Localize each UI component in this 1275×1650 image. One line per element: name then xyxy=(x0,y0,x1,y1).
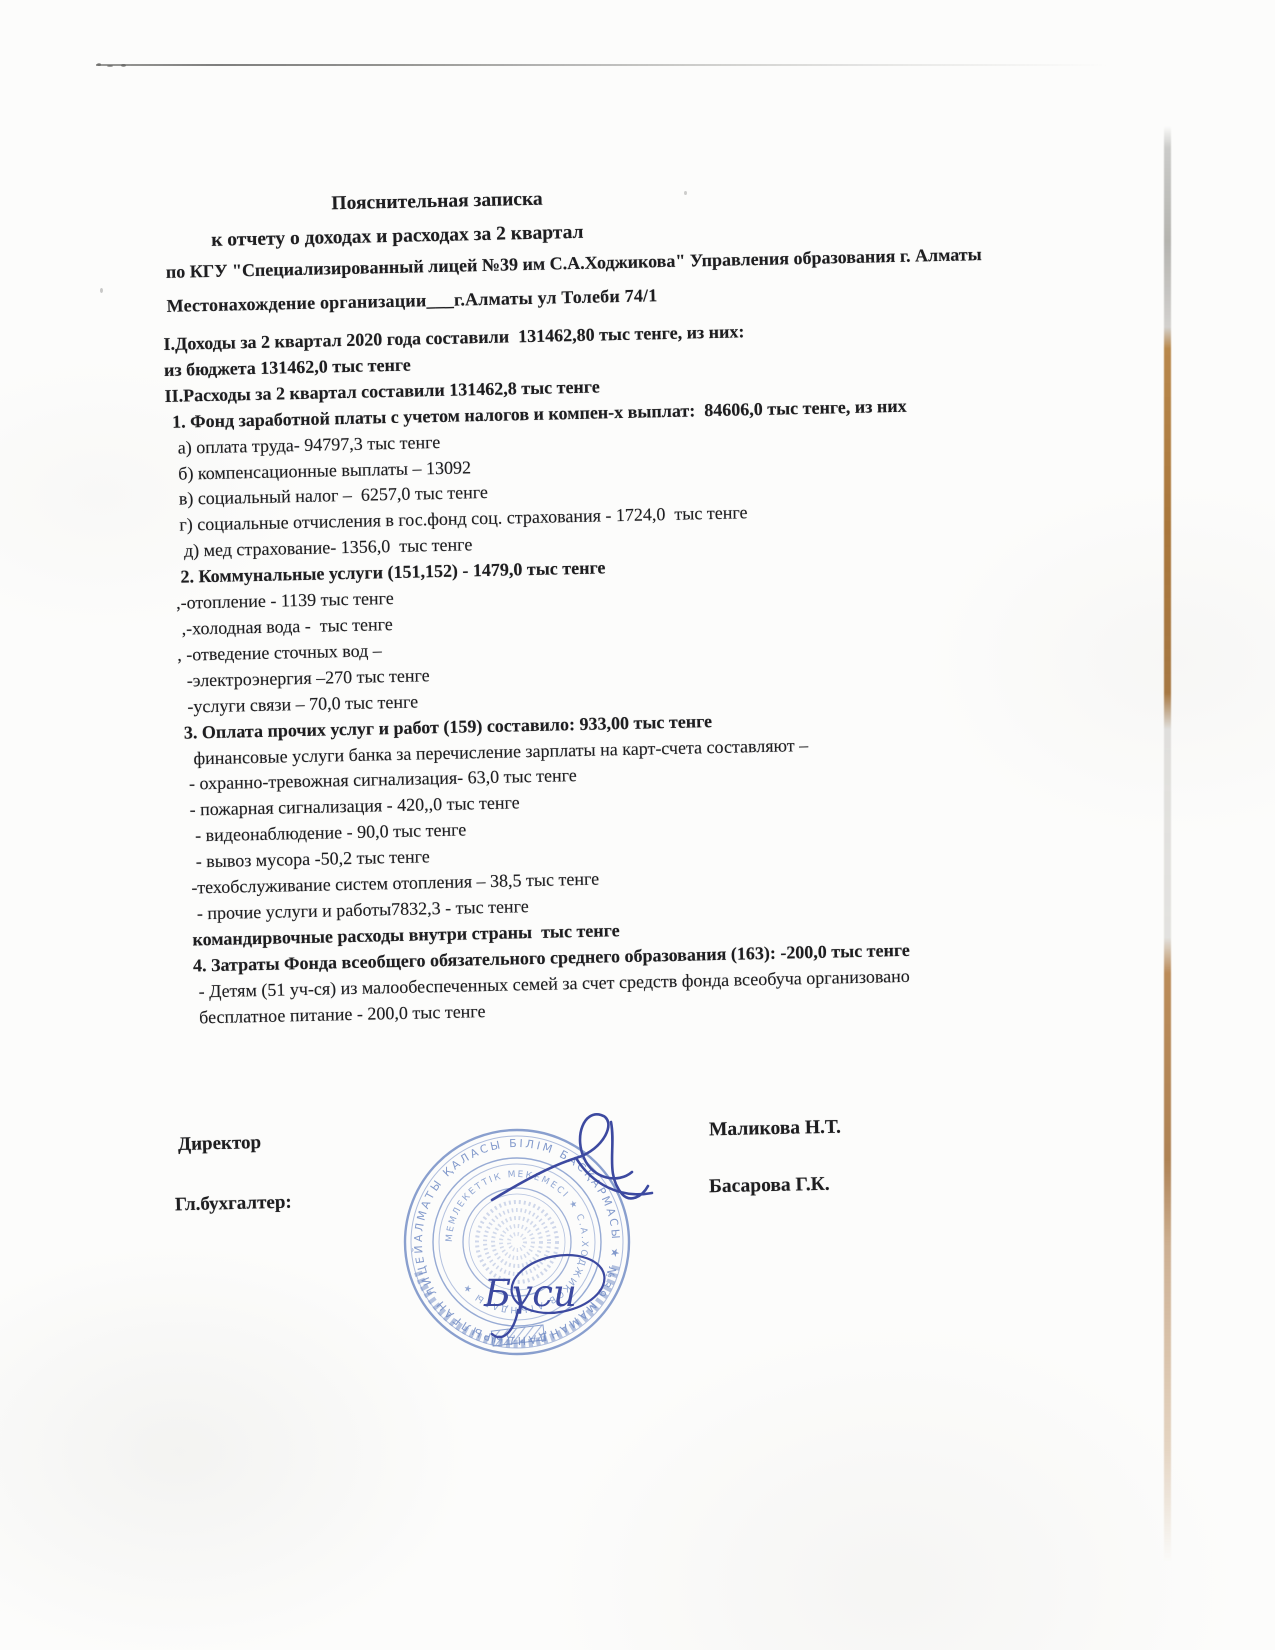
official-stamp-and-signatures: АЛМАТЫ ҚАЛАСЫ БІЛІМ БАСҚАРМАСЫ ★ №39 МАМ… xyxy=(380,1100,680,1400)
scan-speck xyxy=(121,64,126,67)
director-label: Директор xyxy=(178,1132,262,1156)
chief-accountant-name: Басарова Г.К. xyxy=(709,1174,830,1199)
document-body: Пояснительная записка к отчету о доходах… xyxy=(160,166,1078,1031)
accountant-signature-text: Бүси xyxy=(483,1272,577,1315)
scan-speck xyxy=(97,63,101,66)
scanned-document-page: Пояснительная записка к отчету о доходах… xyxy=(0,0,1275,1650)
scan-edge-artifact-right xyxy=(1164,126,1171,1562)
scan-edge-artifact-top xyxy=(96,64,1108,66)
director-name: Маликова Н.Т. xyxy=(709,1117,841,1142)
chief-accountant-label: Гл.бухгалтер: xyxy=(175,1192,292,1217)
round-stamp-svg: АЛМАТЫ ҚАЛАСЫ БІЛІМ БАСҚАРМАСЫ ★ №39 МАМ… xyxy=(380,1100,680,1400)
scan-speck xyxy=(107,65,113,67)
stamp-rings xyxy=(405,1130,629,1354)
stamp-center-texture xyxy=(477,1202,557,1282)
scan-speck xyxy=(100,288,103,293)
